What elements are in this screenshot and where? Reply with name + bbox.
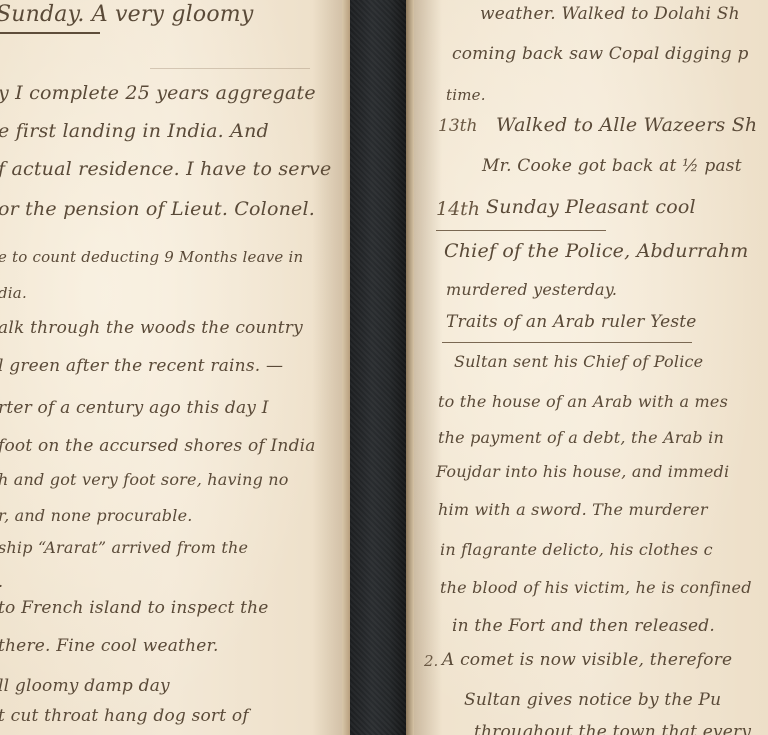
left-line-11: h and got very foot sore, having no [0,470,289,489]
left-line-1: y I complete 25 years aggregate [0,82,316,104]
right-line-9: Sultan sent his Chief of Police [454,352,703,371]
right-line-11: the payment of a debt, the Arab in [438,428,724,447]
left-line-4: or the pension of Lieut. Colonel. [0,198,315,220]
right-line-6: Chief of the Police, Abdurrahm [444,240,748,262]
right-line-0: weather. Walked to Dolahi Sh [480,4,740,24]
right-line-13: him with a sword. The murderer [438,500,708,519]
right-line-8: Traits of an Arab ruler Yeste [446,312,697,332]
left-line-16: there. Fine cool weather. [0,636,219,656]
right-line-15: the blood of his victim, he is confined [440,578,752,597]
left-page-gutter [342,0,350,735]
left-line-17: ll gloomy damp day [0,676,170,696]
right-line-3: Walked to Alle Wazeers Sh [496,114,757,136]
left-line-9: rter of a century ago this day I [0,398,269,418]
left-line-18: t cut throat hang dog sort of [0,706,249,726]
right-line-7: murdered yesterday. [446,280,617,299]
right-page: weather. Walked to Dolahi Sh coming back… [414,0,768,735]
entry-number-2: 2. [424,652,438,670]
right-line-19: throughout the town that every [474,722,751,735]
left-line-15: to French island to inspect the [0,598,269,618]
book-spine [350,0,406,735]
left-line-5: e to count deducting 9 Months leave in [0,248,303,266]
left-line-13: ship “Ararat” arrived from the [0,538,248,557]
left-line-6: dia. [0,284,27,302]
right-line-5: Sunday Pleasant cool [486,196,696,218]
right-line-2: time. [446,86,486,104]
right-line-1: coming back saw Copal digging p [452,44,749,64]
left-line-12: r, and none procurable. [0,506,193,525]
entry-date-14th: 14th [436,198,480,220]
right-line-12: Foujdar into his house, and immedi [436,462,729,481]
right-line-18: Sultan gives notice by the Pu [464,690,721,710]
ruled-line [150,68,310,69]
right-line-10: to the house of an Arab with a mes [438,392,728,411]
right-page-gutter [406,0,414,735]
entry-date-13th: 13th [438,116,477,136]
right-line-16: in the Fort and then released. [452,616,715,636]
left-line-2: e first landing in India. And [0,120,269,142]
right-line-17: A comet is now visible, therefore [442,650,732,670]
sunday-underline [436,230,606,231]
left-line-3: f actual residence. I have to serve [0,158,331,180]
left-line-8: l green after the recent rains. — [0,356,283,376]
heading-underline [0,32,100,34]
right-line-4: Mr. Cooke got back at ½ past [482,156,742,176]
left-page: Sunday. A very gloomy y I complete 25 ye… [0,0,342,735]
left-line-10: foot on the accursed shores of India [0,436,316,456]
traits-underline [442,342,692,343]
left-heading-line: Sunday. A very gloomy [0,2,253,27]
left-line-7: alk through the woods the country [0,318,303,338]
left-line-14: . [0,572,3,591]
right-line-14: in flagrante delicto, his clothes c [440,540,713,559]
